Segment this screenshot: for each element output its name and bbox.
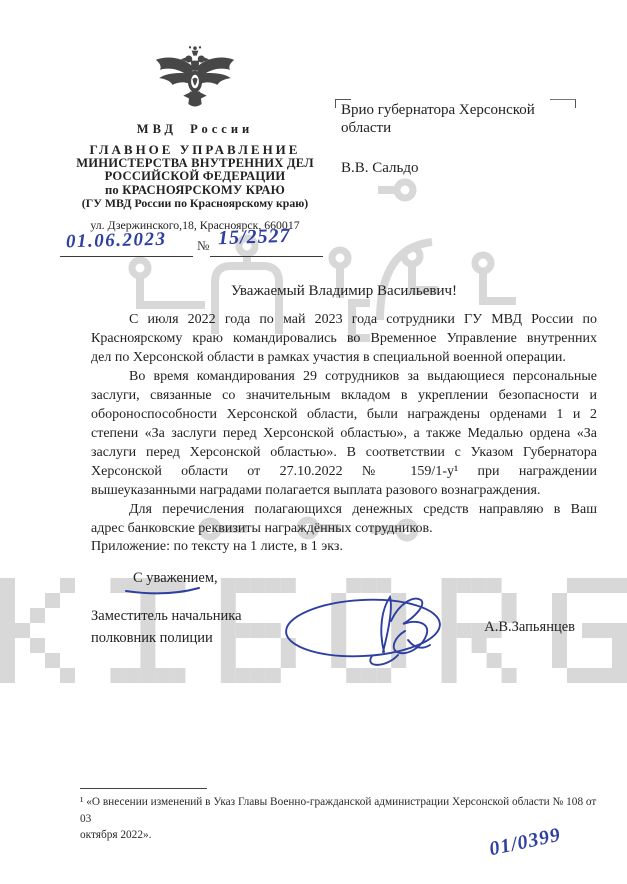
org-short-title: МВД России [52,122,338,137]
body-line: степени «За заслуги перед Херсонской обл… [91,424,597,443]
letter-body: С июля 2022 года по май 2023 года сотруд… [91,310,597,538]
signer-position: Заместитель начальника полковник полиции [91,605,242,649]
org-full-title: ГЛАВНОЕ УПРАВЛЕНИЕМИНИСТЕРСТВА ВНУТРЕННИ… [52,143,338,211]
body-line: вышеуказанными наградами полагается выпл… [91,481,597,500]
scanned-letter-page: МВД России ГЛАВНОЕ УПРАВЛЕНИЕМИНИСТЕРСТВ… [0,0,627,884]
footnote-rule [80,788,207,789]
org-title-line: РОССИЙСКОЙ ФЕДЕРАЦИИ [52,170,338,184]
body-line: заслуги перед Херсонской областью». В со… [91,443,597,462]
body-line: С июля 2022 года по май 2023 года сотруд… [91,310,597,329]
signer-position-line1: Заместитель начальника [91,605,242,627]
closing-regards: С уважением, [133,570,218,587]
org-title-line: МИНИСТЕРСТВА ВНУТРЕННИХ ДЕЛ [52,157,338,171]
body-line: адрес банковские реквизиты награждённых … [91,519,597,538]
addressee-block: Врио губернатора Херсонской области В.В.… [341,101,571,177]
handwritten-date: 01.06.2023 [66,229,167,254]
org-title-line: (ГУ МВД России по Красноярскому краю) [52,197,338,211]
number-sign: № [197,238,209,254]
org-title-line: по КРАСНОЯРСКОМУ КРАЮ [52,184,338,198]
footnote-line1: ¹ «О внесении изменений в Указ Главы Вое… [80,794,610,827]
body-line: Для перечисления полагающихся денежных с… [91,500,597,519]
letterhead: МВД России ГЛАВНОЕ УПРАВЛЕНИЕМИНИСТЕРСТВ… [52,44,338,233]
addressee-title-line2: области [341,119,571,137]
addressee-title-line1: Врио губернатора Херсонской [341,101,571,119]
body-line: обороноспособности Херсонской области, б… [91,405,597,424]
attachment-note: Приложение: по тексту на 1 листе, в 1 эк… [91,539,343,555]
body-line: заслуги, связанные со значительным вклад… [91,386,597,405]
mvd-eagle-emblem-icon [153,44,237,114]
signer-position-line2: полковник полиции [91,627,242,649]
body-line: Красноярскому краю командировались во Вр… [91,329,597,348]
org-title-line: ГЛАВНОЕ УПРАВЛЕНИЕ [52,143,338,157]
date-underline [60,256,193,257]
number-underline [210,256,323,257]
salutation: Уважаемый Владимир Васильевич! [91,283,597,300]
body-line: Херсонской области от 27.10.2022 № 159/1… [91,462,597,481]
body-line: дел по Херсонской области в рамках участ… [91,348,597,367]
signer-name: А.В.Запьянцев [420,619,575,636]
addressee-name: В.В. Сальдо [341,159,571,177]
body-line: Во время командирования 29 сотрудников з… [91,367,597,386]
handwritten-outgoing-number: 15/2527 [218,225,291,251]
